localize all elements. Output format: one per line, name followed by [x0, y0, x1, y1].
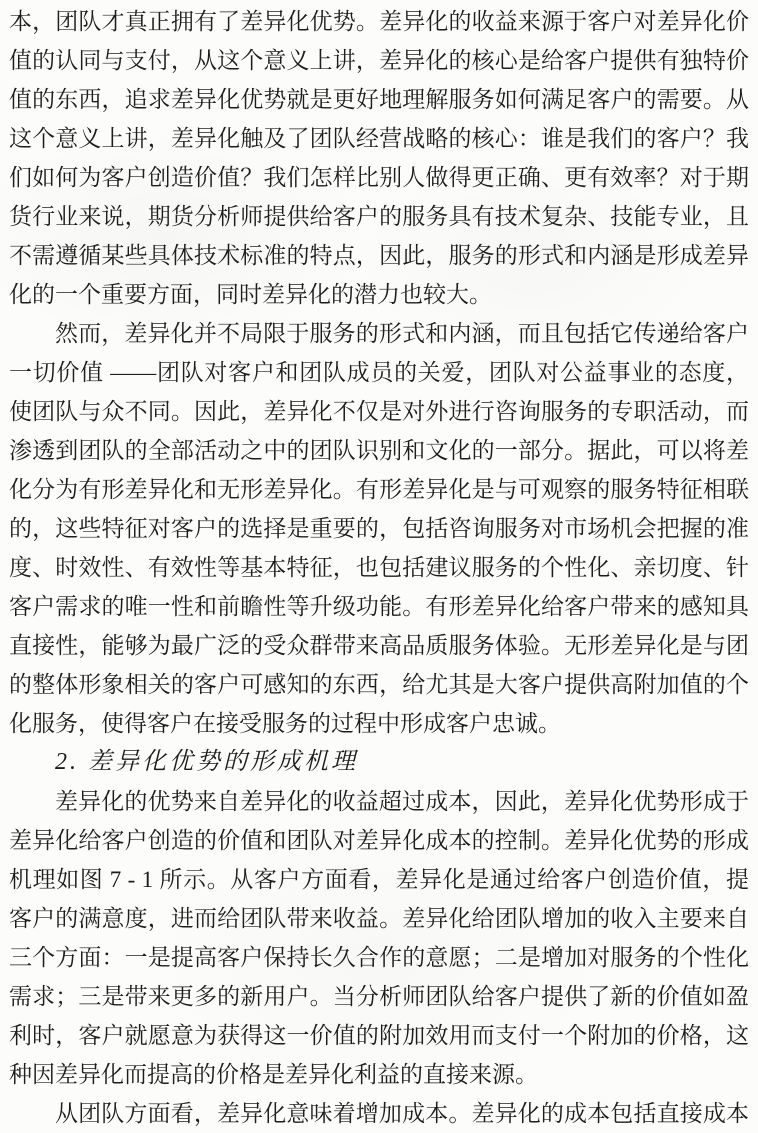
text-line: 三个方面：一是提高客户保持长久合作的意愿；二是增加对服务的个性化	[9, 938, 749, 977]
text-line: 然而，差异化并不局限于服务的形式和内涵，而且包括它传递给客户的	[9, 314, 749, 353]
text-line: 度、时效性、有效性等基本特征，也包括建议服务的个性化、亲切度、针对	[9, 548, 749, 587]
text-line: 差异化的优势来自差异化的收益超过成本，因此，差异化优势形成于	[9, 782, 749, 821]
text-line: 化分为有形差异化和无形差异化。有形差异化是与可观察的服务特征相联系	[9, 470, 749, 509]
paragraph-tangible-intangible: 然而，差异化并不局限于服务的形式和内涵，而且包括它传递给客户的一切价值 ——团队…	[9, 314, 749, 743]
section-heading-2: 2. 差异化优势的形成机理	[9, 743, 749, 782]
text-line: 种因差异化而提高的价格是差异化利益的直接来源。	[9, 1055, 749, 1094]
text-line: 们如何为客户创造价值？我们怎样比别人做得更正确、更有效率？对于期	[9, 158, 749, 197]
paragraph-team-cost: 从团队方面看，差异化意味着增加成本。差异化的成本包括直接成本	[9, 1094, 749, 1133]
book-page: 本，团队才真正拥有了差异化优势。差异化的收益来源于客户对差异化价值的认同与支付，…	[0, 0, 758, 1133]
text-line: 客户需求的唯一性和前瞻性等升级功能。有形差异化给客户带来的感知具有	[9, 587, 749, 626]
text-line: 值的认同与支付，从这个意义上讲，差异化的核心是给客户提供有独特价	[9, 41, 749, 80]
paragraph-differentiation-advantage: 本，团队才真正拥有了差异化优势。差异化的收益来源于客户对差异化价值的认同与支付，…	[9, 2, 749, 314]
text-line: 的整体形象相关的客户可感知的东西，给尤其是大客户提供高附加值的个性	[9, 665, 749, 704]
text-line: 化服务，使得客户在接受服务的过程中形成客户忠诚。	[9, 704, 749, 743]
text-line: 使团队与众不同。因此，差异化不仅是对外进行咨询服务的专职活动，而是	[9, 392, 749, 431]
text-line: 2. 差异化优势的形成机理	[9, 743, 749, 782]
paragraph-formation-mechanism: 差异化的优势来自差异化的收益超过成本，因此，差异化优势形成于差异化给客户创造的价…	[9, 782, 749, 1094]
text-line: 需求；三是带来更多的新用户。当分析师团队给客户提供了新的价值如盈	[9, 977, 749, 1016]
text-line: 直接性，能够为最广泛的受众群带来高品质服务体验。无形差异化是与团队	[9, 626, 749, 665]
text-line: 渗透到团队的全部活动之中的团队识别和文化的一部分。据此，可以将差异	[9, 431, 749, 470]
text-line: 机理如图 7 - 1 所示。从客户方面看，差异化是通过给客户创造价值，提高	[9, 860, 749, 899]
text-line: 这个意义上讲，差异化触及了团队经营战略的核心：谁是我们的客户？我	[9, 119, 749, 158]
text-line: 利时，客户就愿意为获得这一价值的附加效用而支付一个附加的价格，这	[9, 1016, 749, 1055]
text-line: 差异化给客户创造的价值和团队对差异化成本的控制。差异化优势的形成	[9, 821, 749, 860]
text-line: 值的东西，追求差异化优势就是更好地理解服务如何满足客户的需要。从	[9, 80, 749, 119]
text-line: 本，团队才真正拥有了差异化优势。差异化的收益来源于客户对差异化价	[9, 2, 749, 41]
text-line: 从团队方面看，差异化意味着增加成本。差异化的成本包括直接成本	[9, 1094, 749, 1133]
text-line: 客户的满意度，进而给团队带来收益。差异化给团队增加的收入主要来自	[9, 899, 749, 938]
text-line: 货行业来说，期货分析师提供给客户的服务具有技术复杂、技能专业，且	[9, 197, 749, 236]
text-line: 的，这些特征对客户的选择是重要的，包括咨询服务对市场机会把握的准确	[9, 509, 749, 548]
text-line: 不需遵循某些具体技术标准的特点，因此，服务的形式和内涵是形成差异	[9, 236, 749, 275]
text-line: 一切价值 ——团队对客户和团队成员的关爱，团队对公益事业的态度，都能	[9, 353, 749, 392]
text-line: 化的一个重要方面，同时差异化的潜力也较大。	[9, 275, 749, 314]
